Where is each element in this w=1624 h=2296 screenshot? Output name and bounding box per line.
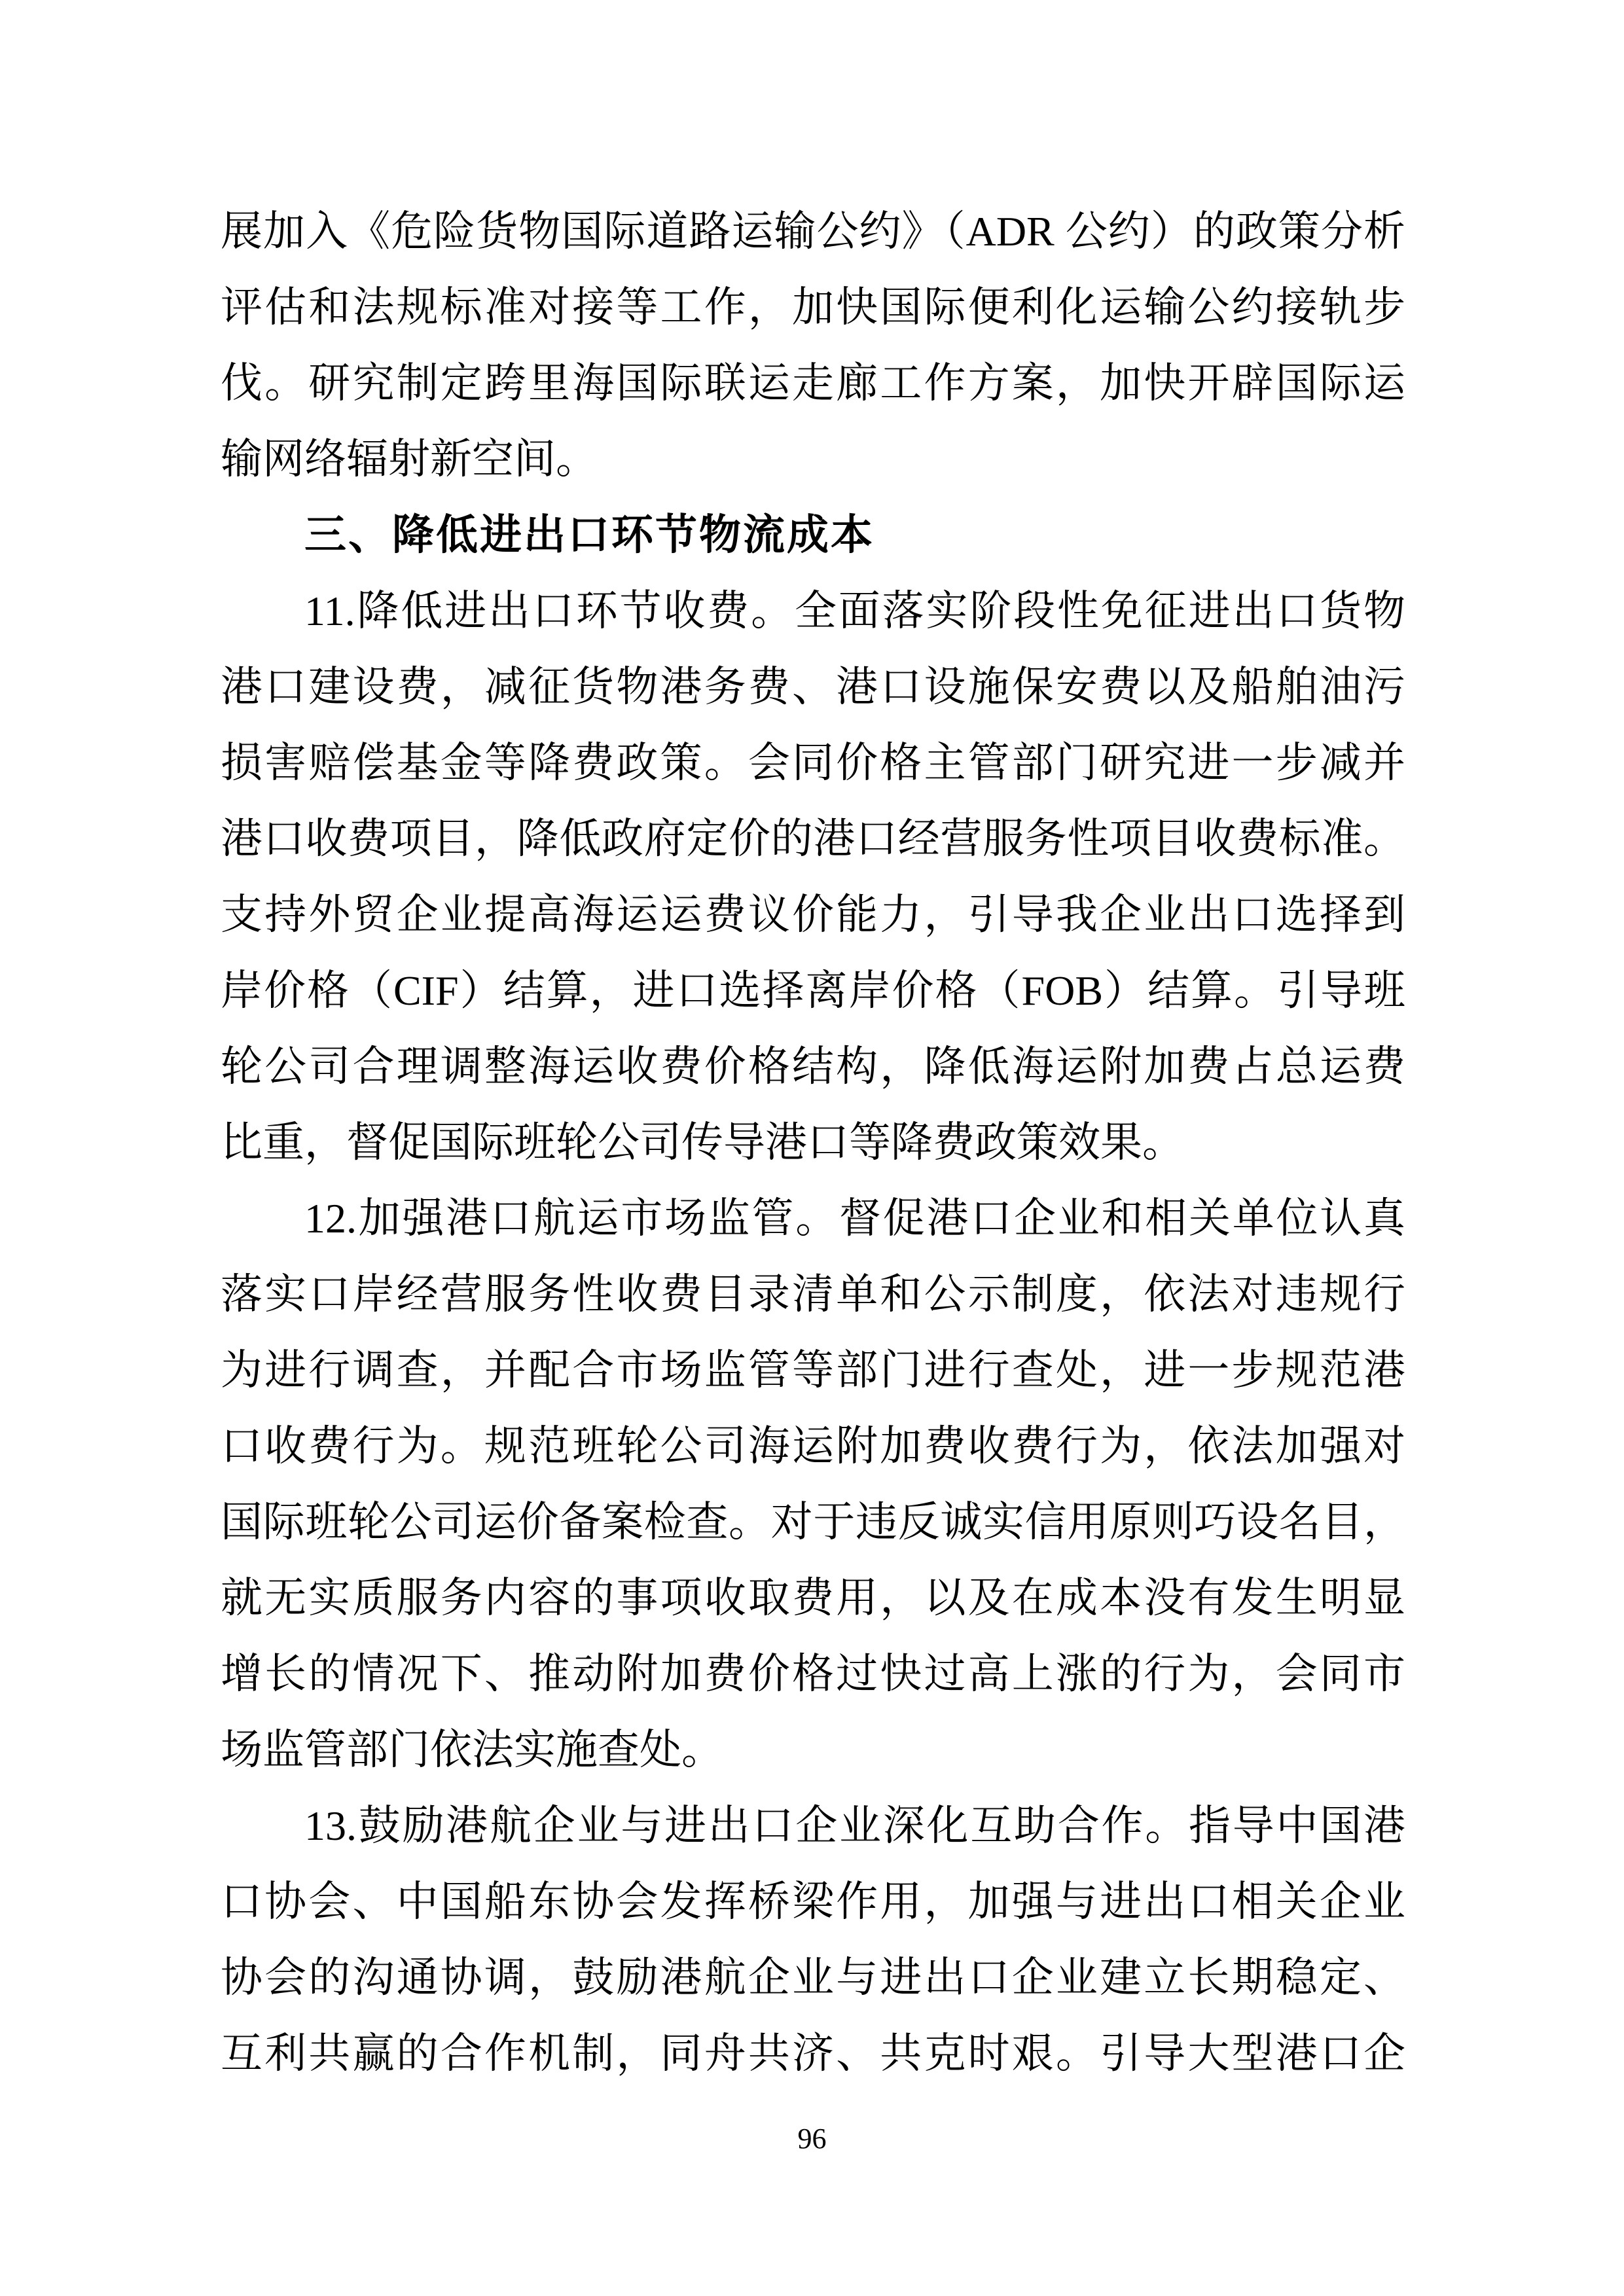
body-line: 轮公司合理调整海运收费价格结构，降低海运附加费占总运费 — [221, 1029, 1405, 1105]
body-line: 就无实质服务内容的事项收取费用，以及在成本没有发生明显 — [221, 1560, 1405, 1636]
document-page: 展加入《危险货物国际道路运输公约》（ADR 公约）的政策分析 评估和法规标准对接… — [0, 0, 1624, 2296]
body-line: 增长的情况下、推动附加费价格过快过高上涨的行为，会同市 — [221, 1636, 1405, 1712]
page-number: 96 — [0, 2119, 1624, 2159]
body-line: 国际班轮公司运价备案检查。对于违反诚实信用原则巧设名目， — [221, 1484, 1405, 1560]
body-line: 输网络辐射新空间。 — [221, 422, 1405, 497]
body-line: 互利共赢的合作机制，同舟共济、共克时艰。引导大型港口企 — [221, 2016, 1405, 2092]
item-13-start-line: 13.鼓励港航企业与进出口企业深化互助合作。指导中国港 — [221, 1788, 1405, 1864]
body-line: 比重，督促国际班轮公司传导港口等降费政策效果。 — [221, 1105, 1405, 1181]
body-line: 支持外贸企业提高海运运费议价能力，引导我企业出口选择到 — [221, 877, 1405, 953]
body-line: 展加入《危险货物国际道路运输公约》（ADR 公约）的政策分析 — [221, 194, 1405, 270]
body-line: 港口建设费，减征货物港务费、港口设施保安费以及船舶油污 — [221, 649, 1405, 725]
body-line: 协会的沟通协调，鼓励港航企业与进出口企业建立长期稳定、 — [221, 1940, 1405, 2016]
body-line: 为进行调查，并配合市场监管等部门进行查处，进一步规范港 — [221, 1333, 1405, 1408]
item-12-start-line: 12.加强港口航运市场监管。督促港口企业和相关单位认真 — [221, 1181, 1405, 1257]
body-line: 港口收费项目，降低政府定价的港口经营服务性项目收费标准。 — [221, 801, 1405, 877]
body-line: 落实口岸经营服务性收费目录清单和公示制度，依法对违规行 — [221, 1257, 1405, 1333]
body-line: 岸价格（CIF）结算，进口选择离岸价格（FOB）结算。引导班 — [221, 953, 1405, 1029]
body-line: 损害赔偿基金等降费政策。会同价格主管部门研究进一步减并 — [221, 725, 1405, 801]
text-block: 展加入《危险货物国际道路运输公约》（ADR 公约）的政策分析 评估和法规标准对接… — [221, 194, 1405, 2092]
body-line: 场监管部门依法实施查处。 — [221, 1712, 1405, 1788]
item-11-start-line: 11.降低进出口环节收费。全面落实阶段性免征进出口货物 — [221, 573, 1405, 649]
body-line: 评估和法规标准对接等工作，加快国际便利化运输公约接轨步 — [221, 270, 1405, 346]
body-line: 伐。研究制定跨里海国际联运走廊工作方案，加快开辟国际运 — [221, 346, 1405, 422]
body-line: 口协会、中国船东协会发挥桥梁作用，加强与进出口相关企业 — [221, 1864, 1405, 1940]
body-line: 口收费行为。规范班轮公司海运附加费收费行为，依法加强对 — [221, 1408, 1405, 1484]
section-heading: 三、降低进出口环节物流成本 — [221, 497, 1405, 573]
